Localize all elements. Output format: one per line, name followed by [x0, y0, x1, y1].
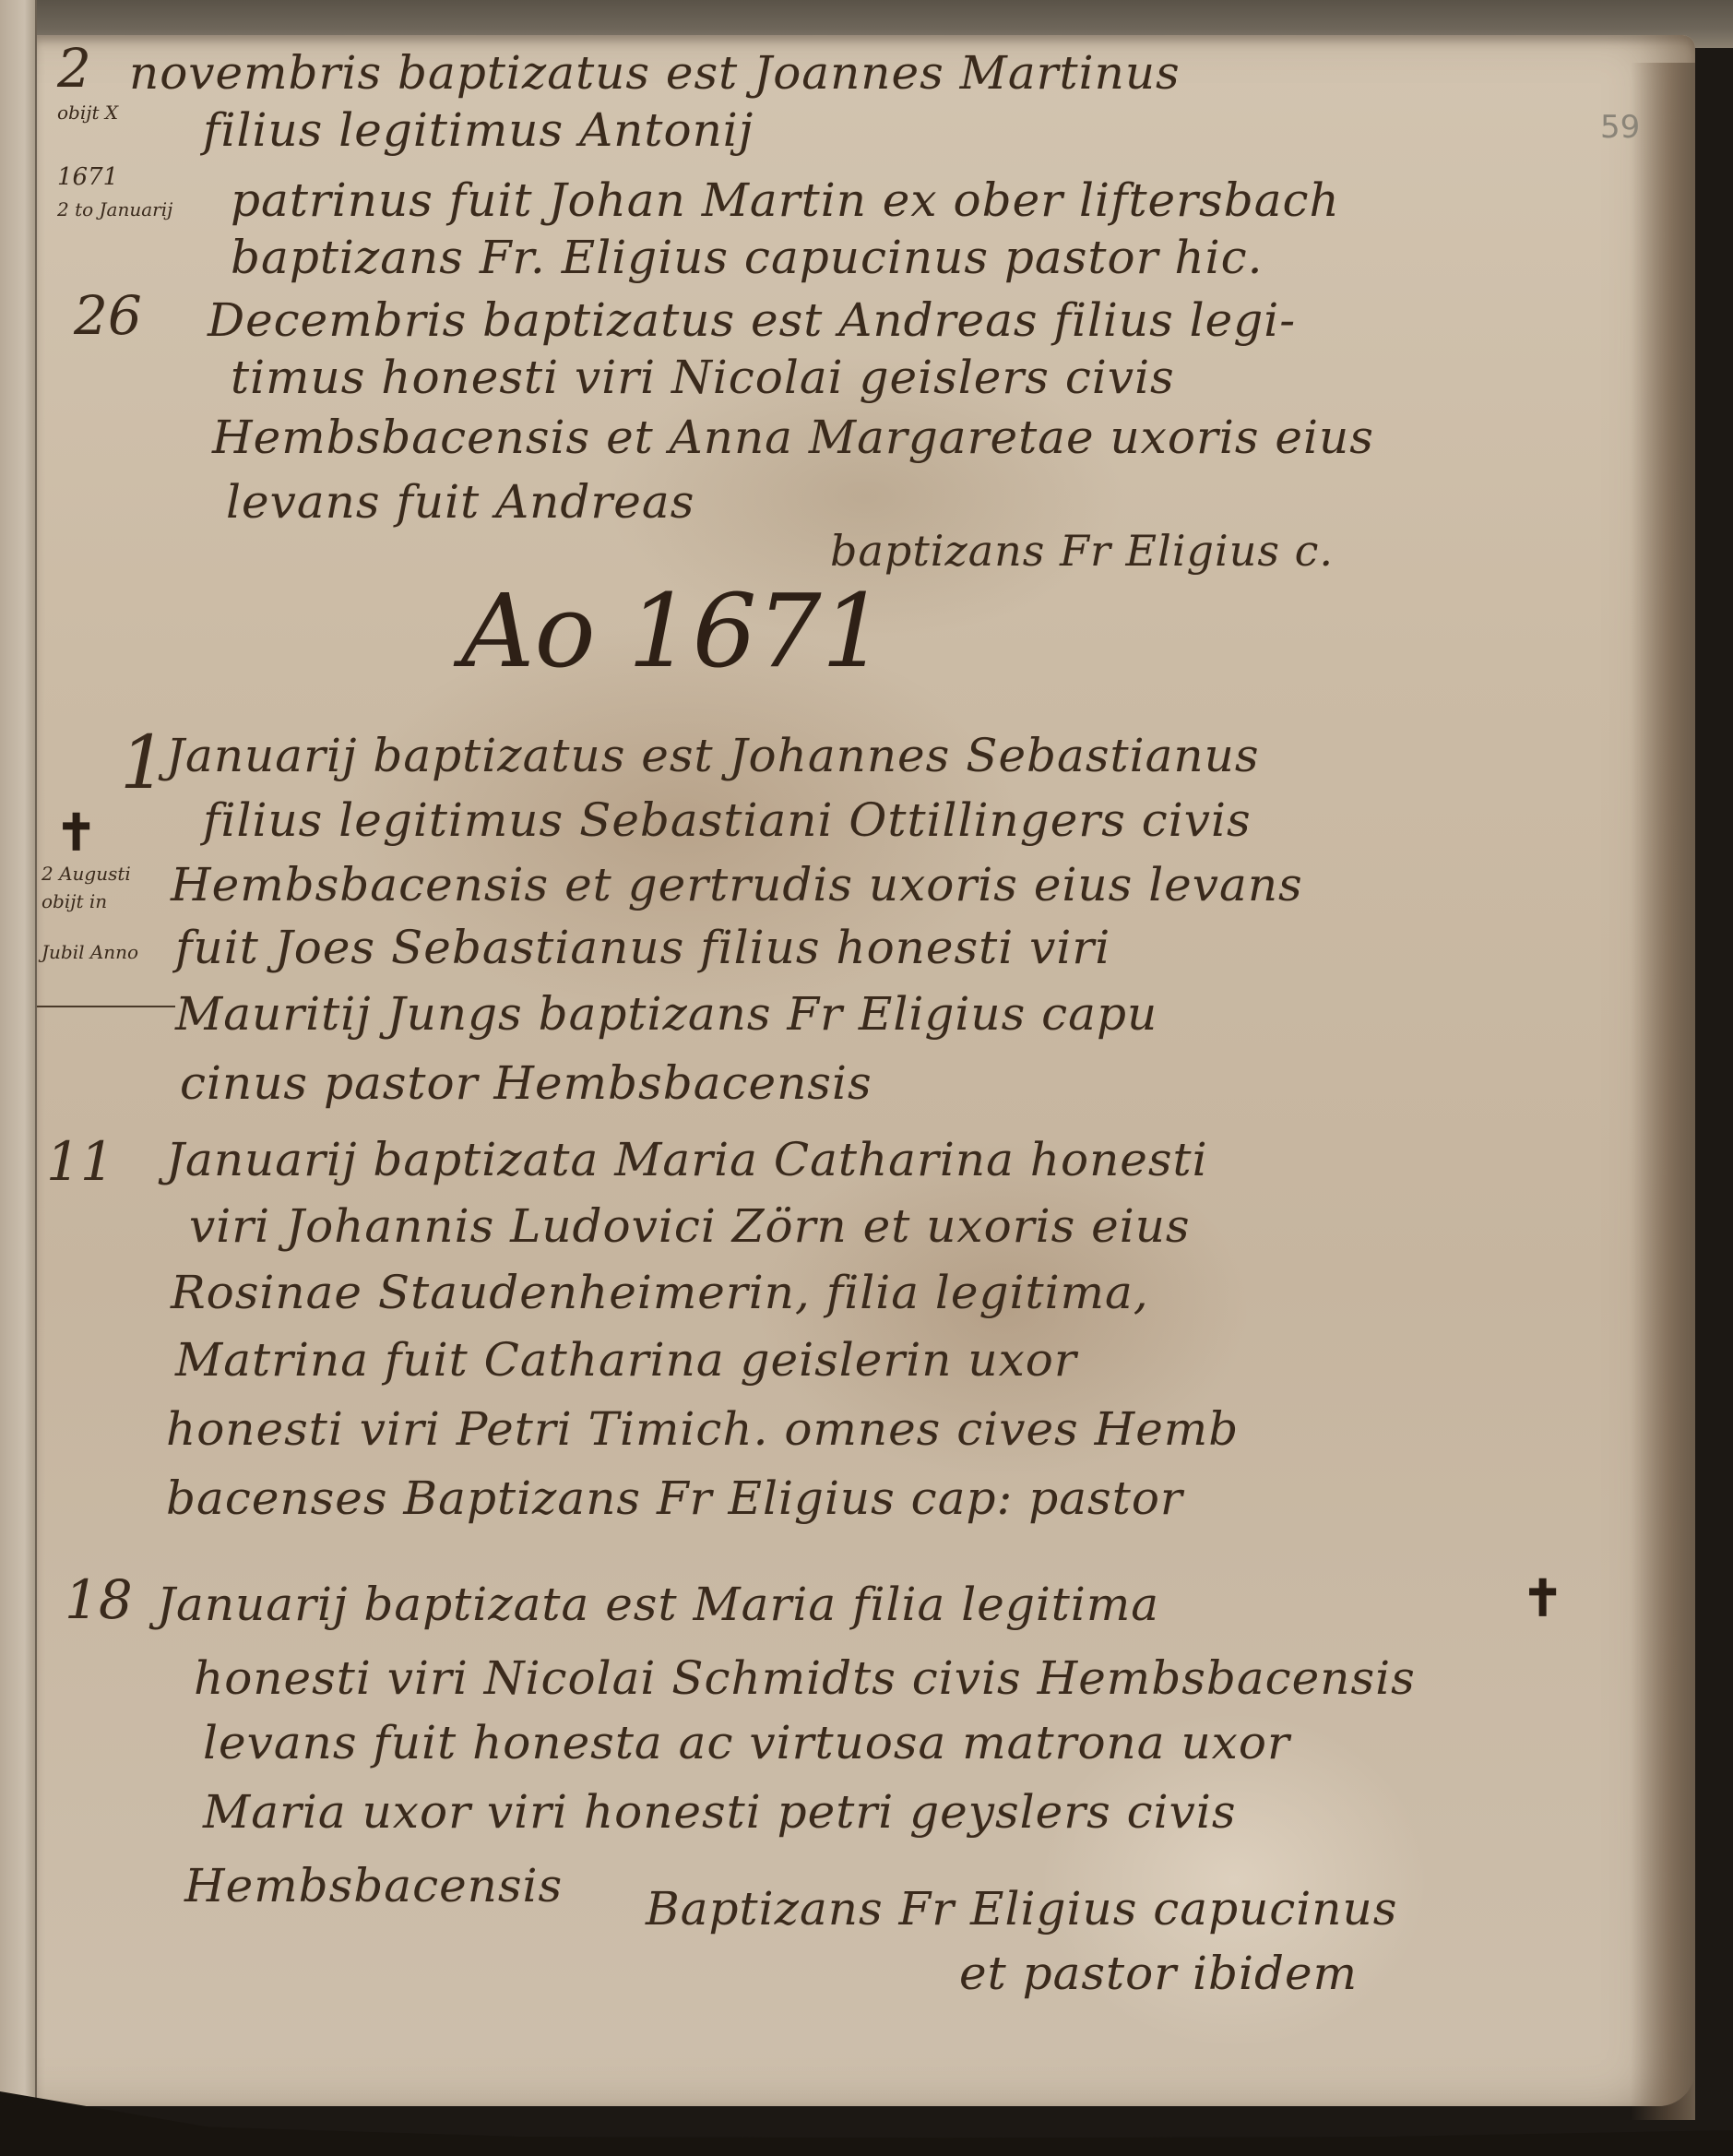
- entry-text-line: Matrina fuit Catharina geislerin uxor: [175, 1333, 1077, 1387]
- margin-note: 2 Augusti: [42, 863, 131, 885]
- entry-text-line: baptizans Fr. Eligius capucinus pastor h…: [231, 231, 1263, 284]
- death-cross-icon: ✝: [55, 803, 97, 862]
- entry-text-line: bacenses Baptizans Fr Eligius cap: pasto…: [166, 1471, 1183, 1525]
- entry-text-line: Januarij baptizatus est Johannes Sebasti…: [166, 729, 1259, 782]
- entry-text-line: levans fuit Andreas: [226, 475, 694, 529]
- adjacent-page-edge: [0, 0, 37, 2156]
- entry-date-marker: 2: [57, 37, 91, 100]
- entry-text-line: Hembsbacensis: [184, 1859, 563, 1912]
- entry-text-line: Decembris baptizatus est Andreas filius …: [208, 293, 1296, 347]
- entry-text-line: viri Johannis Ludovici Zörn et uxoris ei…: [189, 1199, 1191, 1253]
- entry-date-marker: 18: [65, 1568, 133, 1631]
- entry-text-line: Januarij baptizata est Maria filia legit…: [157, 1578, 1159, 1631]
- margin-note: 1671: [57, 166, 118, 188]
- entry-date-marker: 11: [46, 1130, 114, 1193]
- entry-signature: Baptizans Fr Eligius capucinus: [646, 1882, 1397, 1936]
- entry-signature: baptizans Fr Eligius c.: [830, 526, 1334, 576]
- entry-text-line: filius legitimus Antonij: [203, 103, 754, 157]
- entry-text-line: filius legitimus Sebastiani Ottillingers…: [203, 793, 1252, 847]
- page-number: 59: [1600, 109, 1640, 146]
- entry-text-line: Rosinae Staudenheimerin, filia legitima,: [171, 1266, 1149, 1319]
- entry-date-marker: 26: [74, 284, 142, 347]
- entry-text-line: honesti viri Petri Timich. omnes cives H…: [166, 1402, 1239, 1456]
- page-gutter-shadow: [1631, 63, 1695, 2120]
- year-heading: Ao 1671: [461, 572, 886, 690]
- entry-text-line: cinus pastor Hembsbacensis: [180, 1056, 872, 1110]
- entry-date-marker: 1: [120, 720, 167, 805]
- entry-text-line: Hembsbacensis et gertrudis uxoris eius l…: [171, 858, 1303, 911]
- entry-text-line: fuit Joes Sebastianus filius honesti vir…: [175, 921, 1110, 974]
- entry-text-line: honesti viri Nicolai Schmidts civis Hemb…: [194, 1651, 1416, 1705]
- entry-text-line: Maria uxor viri honesti petri geyslers c…: [203, 1785, 1237, 1839]
- entry-text-line: Mauritij Jungs baptizans Fr Eligius capu: [175, 987, 1157, 1041]
- margin-bracket-line: [37, 1006, 175, 1007]
- margin-note: obijt X: [57, 101, 118, 124]
- margin-note: Jubil Anno: [42, 941, 138, 963]
- entry-text-line: timus honesti viri Nicolai geislers civi…: [231, 351, 1175, 404]
- entry-text-line: Hembsbacensis et Anna Margaretae uxoris …: [212, 411, 1374, 464]
- margin-note: 2 to Januarij: [57, 198, 172, 220]
- entry-text-line: levans fuit honesta ac virtuosa matrona …: [203, 1716, 1290, 1769]
- entry-text-line: novembris baptizatus est Joannes Martinu…: [129, 46, 1181, 100]
- entry-text-line: patrinus fuit Johan Martin ex ober lifte…: [231, 173, 1340, 227]
- margin-note: obijt in: [42, 890, 107, 912]
- entry-signature: et pastor ibidem: [959, 1947, 1358, 2000]
- entry-text-line: Januarij baptizata Maria Catharina hones…: [166, 1133, 1208, 1186]
- death-cross-icon: ✝: [1522, 1568, 1563, 1627]
